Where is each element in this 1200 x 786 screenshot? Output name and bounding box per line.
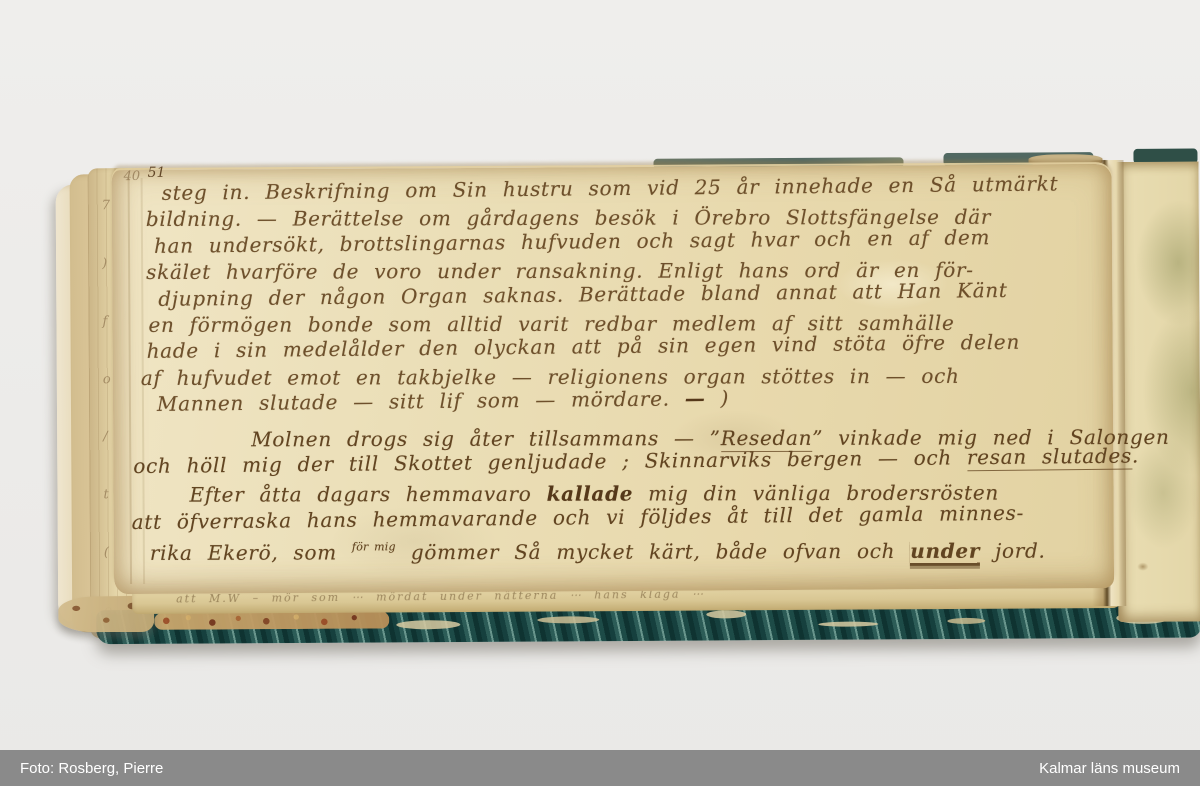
manuscript-line-segment: Mannen slutade — sitt lif som — mördare. xyxy=(157,386,685,416)
red-marble-patch xyxy=(154,611,389,629)
manuscript-line-segment: jord. xyxy=(980,539,1046,563)
manuscript-line-segment: steg in. Beskrifning om Sin hustru som v… xyxy=(162,171,1059,204)
cover-wear-spot xyxy=(396,620,460,629)
manuscript-line-segment: för mig xyxy=(352,540,396,553)
museum-credit: Kalmar läns museum xyxy=(1039,760,1180,777)
cover-wear-spot xyxy=(706,610,746,618)
page-number-left: 40 xyxy=(124,169,141,184)
manuscript-line-segment: rika Ekerö, som xyxy=(150,540,352,565)
manuscript-page: 40 51 steg in. Beskrifning om Sin hustru… xyxy=(112,164,1115,594)
manuscript-line-segment: kallade xyxy=(547,482,634,506)
photo-canvas: 7)fo/t(o att M.W – mör som ⋯ mördat unde… xyxy=(0,0,1200,786)
manuscript-line-segment: gömmer Så mycket kärt, både ofvan och xyxy=(396,539,911,564)
manuscript-line: steg in. Beskrifning om Sin hustru som v… xyxy=(162,170,1141,207)
manuscript-line-segment: ) xyxy=(705,386,729,410)
manuscript-text: steg in. Beskrifning om Sin hustru som v… xyxy=(146,174,1143,562)
page-number-right: 51 xyxy=(148,165,166,181)
manuscript-line: rika Ekerö, som för mig gömmer Så mycket… xyxy=(150,532,1143,561)
manuscript-line-segment: — xyxy=(685,386,706,410)
manuscript-line-segment: Efter åtta dagars hemmavaro xyxy=(189,482,546,507)
photographer-credit: Foto: Rosberg, Pierre xyxy=(20,760,163,777)
manuscript-line-segment: resan slutades xyxy=(967,443,1132,471)
book-photo: 7)fo/t(o att M.W – mör som ⋯ mördat unde… xyxy=(53,152,1200,664)
manuscript-line-segment: under xyxy=(910,539,980,563)
caption-bar: Foto: Rosberg, Pierre Kalmar läns museum xyxy=(0,750,1200,786)
manuscript-line-segment: . xyxy=(1132,443,1139,467)
